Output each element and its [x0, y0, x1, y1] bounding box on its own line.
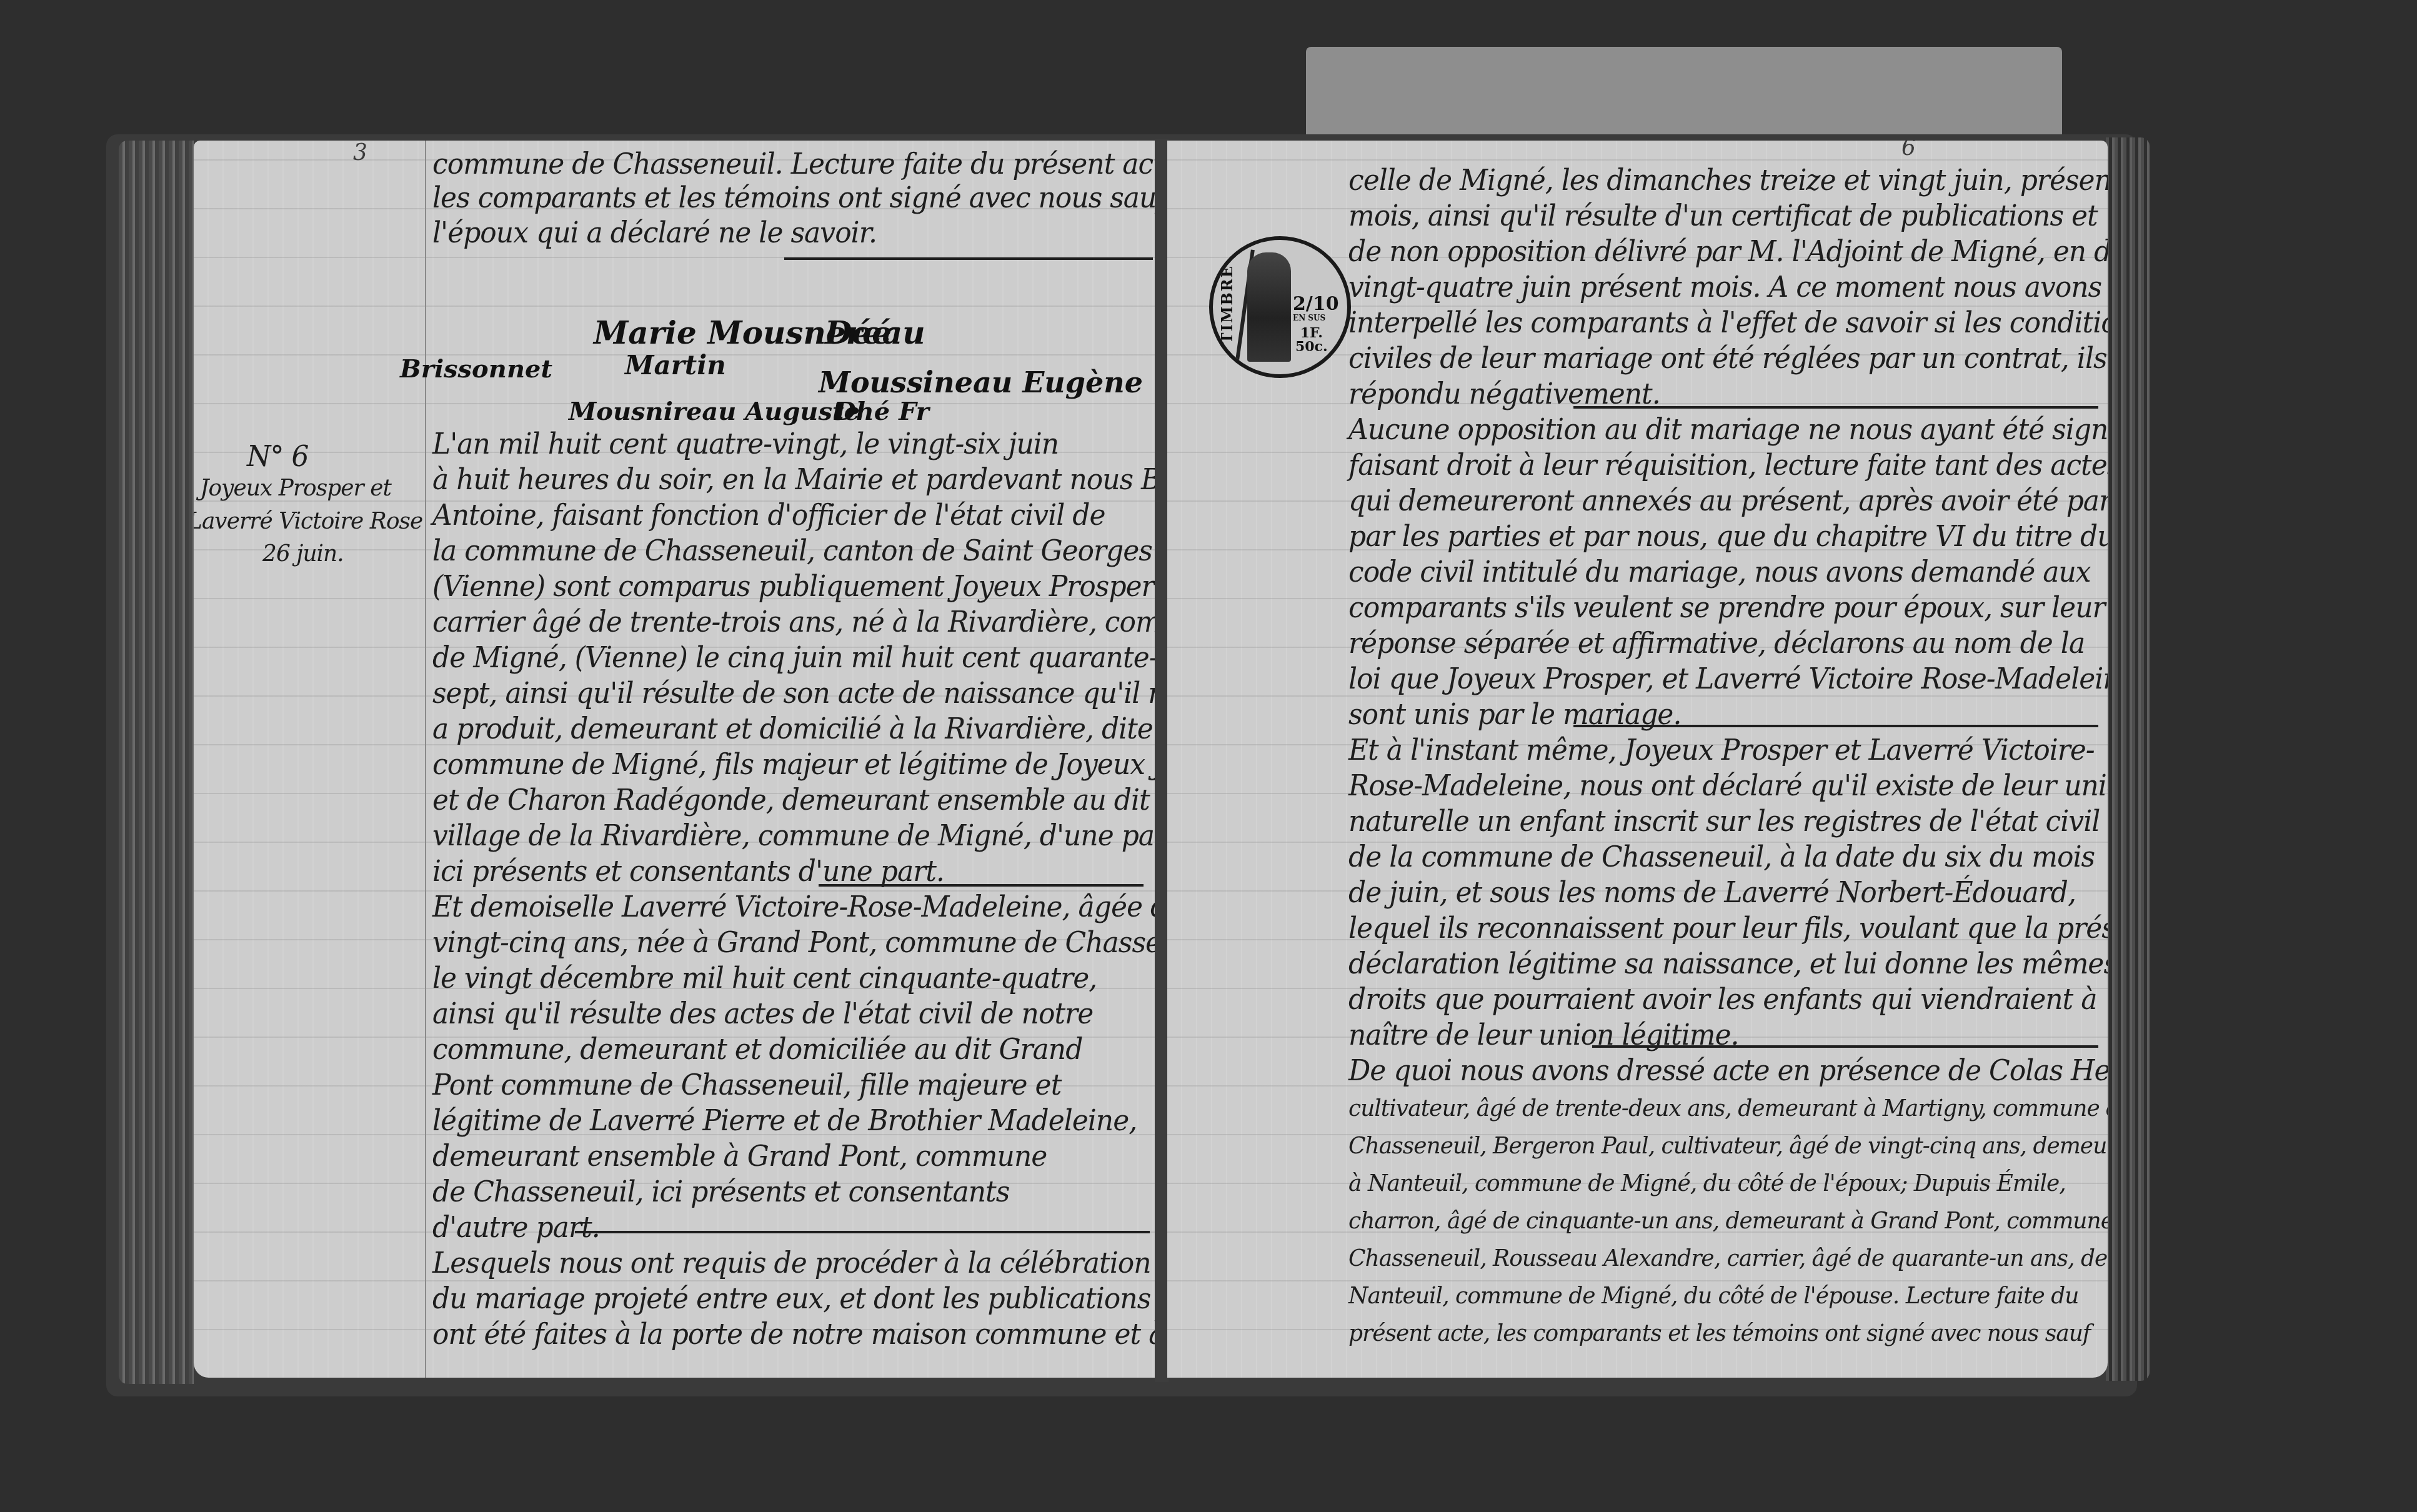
text-line: présent acte, les comparants et les témo… — [1348, 1320, 2090, 1346]
book-gutter — [1155, 139, 1169, 1382]
text-line: Chasseneuil, Rousseau Alexandre, carrier… — [1348, 1245, 2108, 1271]
text-line: légitime de Laverré Pierre et de Brothie… — [432, 1104, 1137, 1138]
signature: Brissonnet — [400, 354, 552, 384]
text-line: Et demoiselle Laverré Victoire-Rose-Made… — [432, 890, 1156, 924]
text-line: d'autre part. — [432, 1211, 600, 1245]
text-line: loi que Joyeux Prosper, et Laverré Victo… — [1348, 662, 2108, 696]
text-line: de Migné, (Vienne) le cinq juin mil huit… — [432, 641, 1156, 675]
stamp-label: TIMBRE — [1218, 265, 1236, 344]
text-line: mois, ainsi qu'il résulte d'un certifica… — [1348, 199, 2098, 233]
text-line: Antoine, faisant fonction d'officier de … — [432, 499, 1105, 532]
justice-figure-icon — [1247, 252, 1291, 362]
text-line: Chasseneuil, Bergeron Paul, cultivateur,… — [1348, 1132, 2108, 1159]
text-line: de la commune de Chasseneuil, à la date … — [1348, 840, 2095, 874]
text-line: naturelle un enfant inscrit sur les regi… — [1348, 805, 2100, 838]
end-of-paragraph-rule — [1592, 1045, 2098, 1048]
text-line: Pont commune de Chasseneuil, fille majeu… — [432, 1068, 1061, 1102]
signature: Moussineau Eugène — [819, 366, 1143, 399]
end-of-paragraph-rule — [1573, 406, 2098, 409]
margin-entry-date: 26 juin. — [262, 540, 344, 567]
margin-entry-names: Laverré Victoire Rose — [194, 507, 422, 534]
page-stack-left — [119, 141, 194, 1384]
text-line: de non opposition délivré par M. l'Adjoi… — [1348, 235, 2108, 269]
text-line: du mariage projeté entre eux, et dont le… — [432, 1282, 1150, 1316]
text-line: à Nanteuil, commune de Migné, du côté de… — [1348, 1170, 2066, 1196]
text-line: Et à l'instant même, Joyeux Prosper et L… — [1348, 734, 2095, 767]
text-line: déclaration légitime sa naissance, et lu… — [1348, 947, 2108, 981]
text-line: faisant droit à leur réquisition, lectur… — [1348, 449, 2108, 482]
margin-rule — [425, 141, 426, 1378]
margin-entry-number: N° 6 — [247, 440, 308, 474]
text-line: ainsi qu'il résulte des actes de l'état … — [432, 997, 1093, 1031]
text-line: réponse séparée et affirmative, déclaron… — [1348, 627, 2085, 660]
end-of-paragraph-rule — [819, 884, 1144, 887]
page-mark: 6 — [1901, 141, 1915, 161]
text-line: ici présents et consentants d'une part. — [432, 855, 944, 888]
page-stack-right — [2106, 137, 2150, 1381]
text-line: commune de Migné, fils majeur et légitim… — [432, 748, 1156, 782]
text-line: Aucune opposition au dit mariage ne nous… — [1348, 413, 2108, 447]
signature: Déé — [825, 314, 892, 351]
text-line: vingt-quatre juin présent mois. A ce mom… — [1348, 271, 2101, 304]
text-line: commune de Chasseneuil. Lecture faite du… — [432, 147, 1156, 181]
text-line: L'an mil huit cent quatre-vingt, le ving… — [432, 427, 1059, 461]
text-line: qui demeureront annexés au présent, aprè… — [1348, 484, 2108, 518]
stamp-centimes: 50c. — [1295, 339, 1328, 355]
text-line: sept, ainsi qu'il résulte de son acte de… — [432, 677, 1156, 710]
text-line: Lesquels nous ont requis de procéder à l… — [432, 1246, 1151, 1280]
text-line: droits que pourraient avoir les enfants … — [1348, 983, 2096, 1017]
end-of-paragraph-rule — [575, 1231, 1150, 1233]
text-line: charron, âgé de cinquante-un ans, demeur… — [1348, 1207, 2108, 1234]
stamp-value-top: 2/10 — [1293, 293, 1339, 315]
signature: Mousnireau Auguste — [569, 397, 860, 426]
text-line: le vingt décembre mil huit cent cinquant… — [432, 962, 1097, 995]
text-line: vingt-cinq ans, née à Grand Pont, commun… — [432, 926, 1156, 960]
timbre-stamp: TIMBRE 2/10 EN SUS 1F. 50c. — [1209, 236, 1351, 378]
text-line: De quoi nous avons dressé acte en présen… — [1348, 1054, 2108, 1088]
text-line: comparants s'ils veulent se prendre pour… — [1348, 591, 2105, 625]
page-mark: 3 — [353, 141, 367, 166]
text-line: interpellé les comparants à l'effet de s… — [1348, 306, 2108, 340]
text-line: de juin, et sous les noms de Laverré Nor… — [1348, 876, 2076, 910]
text-line: lequel ils reconnaissent pour leur fils,… — [1348, 912, 2108, 945]
left-page: 3 commune de Chasseneuil. Lecture faite … — [194, 141, 1156, 1378]
text-line: demeurant ensemble à Grand Pont, commune — [432, 1140, 1047, 1173]
text-line: l'époux qui a déclaré ne le savoir. — [432, 216, 877, 250]
text-line: code civil intitulé du mariage, nous avo… — [1348, 555, 2091, 589]
text-line: civiles de leur mariage ont été réglées … — [1348, 342, 2108, 376]
text-line: carrier âgé de trente-trois ans, né à la… — [432, 605, 1156, 639]
text-line: a produit, demeurant et domicilié à la R… — [432, 712, 1153, 746]
margin-entry-names: Joyeux Prosper et — [200, 474, 391, 501]
end-of-entry-rule — [784, 257, 1153, 260]
text-line: village de la Rivardière, commune de Mig… — [432, 819, 1156, 853]
signature: Dhé Fr — [834, 397, 929, 426]
text-line: celle de Migné, les dimanches treize et … — [1348, 164, 2108, 197]
text-line: (Vienne) sont comparus publiquement Joye… — [432, 570, 1154, 604]
signature: Martin — [625, 350, 726, 380]
text-line: Nanteuil, commune de Migné, du côté de l… — [1348, 1282, 2078, 1309]
stamp-value-bottom: 1F. 50c. — [1295, 326, 1328, 354]
text-line: et de Charon Radégonde, demeurant ensemb… — [432, 783, 1150, 817]
text-line: Rose-Madeleine, nous ont déclaré qu'il e… — [1348, 769, 2108, 803]
stamp-value-top-sub: EN SUS — [1293, 314, 1325, 322]
text-line: à huit heures du soir, en la Mairie et p… — [432, 463, 1156, 497]
text-line: les comparants et les témoins ont signé … — [432, 181, 1156, 215]
text-line: ont été faites à la porte de notre maiso… — [432, 1318, 1156, 1351]
text-line: la commune de Chasseneuil, canton de Sai… — [432, 534, 1152, 568]
text-line: par les parties et par nous, que du chap… — [1348, 520, 2108, 554]
text-line: cultivateur, âgé de trente-deux ans, dem… — [1348, 1095, 2108, 1122]
text-line: de Chasseneuil, ici présents et consenta… — [432, 1175, 1009, 1209]
text-line: commune, demeurant et domiciliée au dit … — [432, 1033, 1082, 1067]
end-of-paragraph-rule — [1573, 725, 2098, 727]
